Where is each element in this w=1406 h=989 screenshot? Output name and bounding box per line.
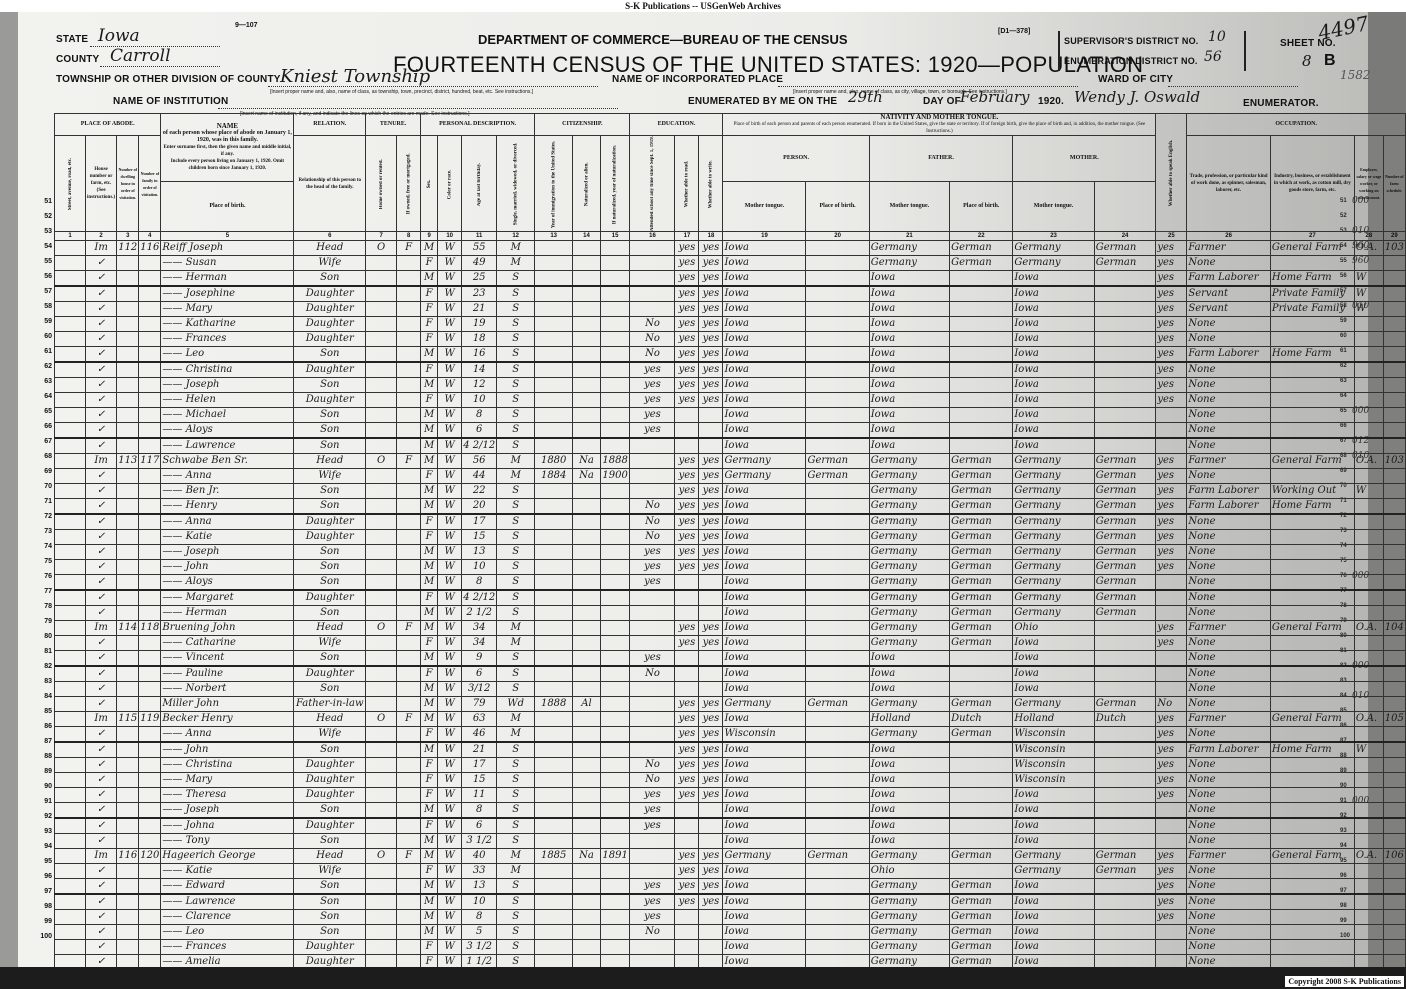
cell-family-number bbox=[139, 560, 161, 575]
cell-sch: yes bbox=[630, 362, 675, 378]
cell-farm bbox=[1383, 925, 1405, 940]
cell-sex: M bbox=[421, 910, 438, 925]
cell-age: 10 bbox=[462, 560, 497, 575]
cell-write: yes bbox=[699, 894, 723, 910]
cell-dwelling-number bbox=[117, 438, 139, 454]
cell-ms: S bbox=[497, 408, 535, 423]
cell-fmt: German bbox=[950, 530, 1013, 545]
cell-sex: F bbox=[421, 317, 438, 332]
cell-family-number bbox=[139, 803, 161, 819]
cell-ind: Private Family bbox=[1270, 286, 1354, 302]
cell-family-number bbox=[139, 256, 161, 271]
cell-occ: None bbox=[1187, 758, 1270, 773]
cell-imm bbox=[535, 894, 573, 910]
cell-dwelling-number bbox=[117, 560, 139, 575]
cell-house-mark: ✓ bbox=[86, 393, 117, 408]
cell-pob: Iowa bbox=[723, 393, 806, 408]
cell-name: —— Tony bbox=[161, 834, 294, 849]
cell-sex: F bbox=[421, 773, 438, 788]
cell-farm bbox=[1383, 803, 1405, 819]
column-number: 5 bbox=[161, 232, 294, 241]
cell-natyr bbox=[600, 286, 630, 302]
cell-read: yes bbox=[675, 332, 699, 347]
table-row: ✓—— TheresaDaughterFW11SyesyesyesIowaIow… bbox=[55, 788, 1406, 803]
cell-mort bbox=[397, 332, 421, 347]
cell-street bbox=[55, 514, 86, 530]
cell-natyr bbox=[600, 758, 630, 773]
cell-read bbox=[675, 408, 699, 423]
cell-name: —— Johna bbox=[161, 818, 294, 834]
cell-race: W bbox=[438, 317, 462, 332]
cell-imm bbox=[535, 682, 573, 697]
cell-mpob: Germany bbox=[1013, 545, 1094, 560]
cell-sch: yes bbox=[630, 408, 675, 423]
cell-fpob: Iowa bbox=[869, 682, 949, 697]
cell-name: —— Katie bbox=[161, 864, 294, 879]
col-19-header: Place of birth. bbox=[161, 182, 294, 232]
cell-pob: Iowa bbox=[723, 271, 806, 287]
cell-read: yes bbox=[675, 514, 699, 530]
cell-house-mark: ✓ bbox=[86, 469, 117, 484]
cell-ind bbox=[1270, 879, 1354, 895]
cell-eng: yes bbox=[1156, 727, 1187, 743]
cell-name: Schwabe Ben Sr. bbox=[161, 454, 294, 469]
cell-street bbox=[55, 894, 86, 910]
cell-street bbox=[55, 484, 86, 499]
cell-sch: yes bbox=[630, 894, 675, 910]
cell-write: yes bbox=[699, 241, 723, 256]
cell-farm bbox=[1383, 423, 1405, 439]
cell-fpob: Germany bbox=[869, 530, 949, 545]
cell-write bbox=[699, 423, 723, 439]
cell-nat bbox=[573, 499, 601, 515]
line-number: 91 bbox=[38, 798, 52, 805]
cell-age: 63 bbox=[462, 712, 497, 727]
cell-fmt bbox=[950, 332, 1013, 347]
cell-eng: yes bbox=[1156, 788, 1187, 803]
cell-race: W bbox=[438, 469, 462, 484]
cell-mmt: German bbox=[1094, 514, 1156, 530]
cell-nat bbox=[573, 530, 601, 545]
cell-dwelling-number bbox=[117, 378, 139, 393]
cell-read: yes bbox=[675, 317, 699, 332]
cell-eng bbox=[1156, 423, 1187, 439]
cell-emp bbox=[1354, 651, 1383, 667]
cell-ms: S bbox=[497, 560, 535, 575]
cell-mpob: Germany bbox=[1013, 560, 1094, 575]
cell-own bbox=[366, 302, 397, 317]
cell-read: yes bbox=[675, 256, 699, 271]
cell-emp bbox=[1354, 818, 1383, 834]
cell-rel: Son bbox=[294, 545, 366, 560]
cell-race: W bbox=[438, 499, 462, 515]
cell-ms: S bbox=[497, 742, 535, 758]
column-number: 10 bbox=[438, 232, 462, 241]
cell-emp: O.A. bbox=[1354, 621, 1383, 636]
cell-mt bbox=[806, 545, 869, 560]
cell-read: yes bbox=[675, 758, 699, 773]
cell-mmt bbox=[1094, 302, 1156, 317]
cell-mort bbox=[397, 666, 421, 682]
cell-fmt bbox=[950, 864, 1013, 879]
cell-fmt: German bbox=[950, 621, 1013, 636]
cell-rel: Son bbox=[294, 271, 366, 287]
cell-nat bbox=[573, 727, 601, 743]
cell-age: 10 bbox=[462, 894, 497, 910]
cell-fpob: Germany bbox=[869, 499, 949, 515]
cell-fmt: German bbox=[950, 499, 1013, 515]
cell-ms: M bbox=[497, 621, 535, 636]
cell-fmt bbox=[950, 423, 1013, 439]
cell-rel: Head bbox=[294, 849, 366, 864]
cell-sch: yes bbox=[630, 651, 675, 667]
cell-natyr bbox=[600, 697, 630, 712]
cell-race: W bbox=[438, 438, 462, 454]
cell-sex: F bbox=[421, 636, 438, 651]
cell-mort bbox=[397, 408, 421, 423]
cell-family-number bbox=[139, 317, 161, 332]
cell-name: —— Michael bbox=[161, 408, 294, 423]
table-row: ✓—— FrancesDaughterFW3 1/2SIowaGermanyGe… bbox=[55, 940, 1406, 955]
enumeration-district-label: ENUMERATION DISTRICT NO. bbox=[1064, 56, 1198, 66]
cell-emp bbox=[1354, 894, 1383, 910]
cell-nat bbox=[573, 818, 601, 834]
cell-farm bbox=[1383, 940, 1405, 955]
table-row: ✓—— JohnSonMW10SyesyesyesIowaGermanyGerm… bbox=[55, 560, 1406, 575]
cell-mort: F bbox=[397, 241, 421, 256]
cell-fmt bbox=[950, 271, 1013, 287]
column-number: 18 bbox=[699, 232, 723, 241]
cell-ms: S bbox=[497, 302, 535, 317]
cell-rel: Daughter bbox=[294, 788, 366, 803]
cell-rel: Daughter bbox=[294, 773, 366, 788]
cell-mmt: German bbox=[1094, 575, 1156, 591]
cell-own bbox=[366, 423, 397, 439]
cell-pob: Iowa bbox=[723, 347, 806, 363]
cell-name: —— Lawrence bbox=[161, 438, 294, 454]
cell-house-mark: ✓ bbox=[86, 530, 117, 545]
cell-race: W bbox=[438, 879, 462, 895]
cell-mt bbox=[806, 560, 869, 575]
cell-mort bbox=[397, 484, 421, 499]
cell-mort bbox=[397, 590, 421, 606]
cell-imm bbox=[535, 545, 573, 560]
line-number: 88 bbox=[38, 753, 52, 760]
cell-name: Bruening John bbox=[161, 621, 294, 636]
cell-fmt: German bbox=[950, 894, 1013, 910]
cell-age: 10 bbox=[462, 393, 497, 408]
cell-pob: Iowa bbox=[723, 438, 806, 454]
col-7-header: Home owned or rented. bbox=[366, 136, 397, 232]
cell-ind: Working Out bbox=[1270, 484, 1354, 499]
cell-ind bbox=[1270, 894, 1354, 910]
cell-imm bbox=[535, 408, 573, 423]
cell-fmt: German bbox=[950, 514, 1013, 530]
cell-emp bbox=[1354, 727, 1383, 743]
cell-write bbox=[699, 408, 723, 423]
cell-mpob: Wisconsin bbox=[1013, 727, 1094, 743]
cell-imm bbox=[535, 742, 573, 758]
table-row: ✓—— KatharineDaughterFW19SNoyesyesIowaIo… bbox=[55, 317, 1406, 332]
cell-fpob: Germany bbox=[869, 925, 949, 940]
cell-street bbox=[55, 651, 86, 667]
cell-farm bbox=[1383, 879, 1405, 895]
cell-race: W bbox=[438, 636, 462, 651]
cell-pob: Germany bbox=[723, 697, 806, 712]
cell-mmt bbox=[1094, 636, 1156, 651]
cell-read bbox=[675, 606, 699, 621]
cell-sch: yes bbox=[630, 575, 675, 591]
cell-sch: yes bbox=[630, 803, 675, 819]
cell-family-number bbox=[139, 575, 161, 591]
cell-eng: yes bbox=[1156, 910, 1187, 925]
cell-mt bbox=[806, 621, 869, 636]
cell-mpob: Germany bbox=[1013, 530, 1094, 545]
cell-write: yes bbox=[699, 636, 723, 651]
cell-eng: yes bbox=[1156, 286, 1187, 302]
cell-street bbox=[55, 408, 86, 423]
cell-nat bbox=[573, 271, 601, 287]
cell-farm bbox=[1383, 545, 1405, 560]
cell-mt bbox=[806, 317, 869, 332]
cell-mmt bbox=[1094, 773, 1156, 788]
cell-ind: Home Farm bbox=[1270, 499, 1354, 515]
township-label: TOWNSHIP OR OTHER DIVISION OF COUNTY bbox=[56, 74, 281, 85]
column-number: 20 bbox=[806, 232, 869, 241]
line-number: 74 bbox=[38, 543, 52, 550]
cell-ind bbox=[1270, 545, 1354, 560]
cell-emp bbox=[1354, 514, 1383, 530]
cell-write: yes bbox=[699, 469, 723, 484]
cell-emp bbox=[1354, 332, 1383, 347]
cell-pob: Iowa bbox=[723, 560, 806, 575]
cell-sex: M bbox=[421, 879, 438, 895]
cell-street bbox=[55, 818, 86, 834]
line-number: 70 bbox=[38, 483, 52, 490]
cell-ind bbox=[1270, 317, 1354, 332]
cell-nat bbox=[573, 241, 601, 256]
cell-sch bbox=[630, 286, 675, 302]
cell-fmt bbox=[950, 742, 1013, 758]
cell-race: W bbox=[438, 697, 462, 712]
line-number: 72 bbox=[38, 513, 52, 520]
cell-mort bbox=[397, 256, 421, 271]
cell-fpob: Iowa bbox=[869, 666, 949, 682]
cell-read bbox=[675, 940, 699, 955]
cell-mpob: Iowa bbox=[1013, 834, 1094, 849]
cell-mt bbox=[806, 758, 869, 773]
cell-ind bbox=[1270, 530, 1354, 545]
cell-fpob: Germany bbox=[869, 636, 949, 651]
cell-mt bbox=[806, 910, 869, 925]
cell-own bbox=[366, 742, 397, 758]
cell-ms: S bbox=[497, 530, 535, 545]
line-number: 84 bbox=[38, 693, 52, 700]
cell-nat bbox=[573, 438, 601, 454]
cell-nat bbox=[573, 773, 601, 788]
cell-rel: Head bbox=[294, 241, 366, 256]
cell-name: —— Susan bbox=[161, 256, 294, 271]
cell-own bbox=[366, 469, 397, 484]
cell-own bbox=[366, 864, 397, 879]
cell-age: 21 bbox=[462, 302, 497, 317]
cell-ind bbox=[1270, 727, 1354, 743]
cell-mmt bbox=[1094, 758, 1156, 773]
cell-mpob: Iowa bbox=[1013, 879, 1094, 895]
cell-emp bbox=[1354, 682, 1383, 697]
cell-nat bbox=[573, 332, 601, 347]
cell-mmt bbox=[1094, 834, 1156, 849]
cell-imm bbox=[535, 879, 573, 895]
cell-nat: Al bbox=[573, 697, 601, 712]
column-number-row: 1234567891011121314151617181920212223242… bbox=[55, 232, 1406, 241]
form-number: 9—107 bbox=[235, 22, 258, 29]
cell-write: yes bbox=[699, 727, 723, 743]
cell-house-mark: ✓ bbox=[86, 879, 117, 895]
cell-age: 56 bbox=[462, 454, 497, 469]
cell-nat: Na bbox=[573, 849, 601, 864]
cell-ind bbox=[1270, 438, 1354, 454]
cell-age: 8 bbox=[462, 803, 497, 819]
copyright-notice: Copyright 2008 S-K Publications bbox=[1285, 976, 1404, 987]
line-number: 90 bbox=[38, 783, 52, 790]
cell-read bbox=[675, 682, 699, 697]
cell-mort bbox=[397, 894, 421, 910]
cell-rel: Wife bbox=[294, 636, 366, 651]
cell-read: yes bbox=[675, 773, 699, 788]
cell-dwelling-number bbox=[117, 773, 139, 788]
cell-rel: Daughter bbox=[294, 332, 366, 347]
cell-natyr bbox=[600, 256, 630, 271]
cell-street bbox=[55, 910, 86, 925]
cell-emp bbox=[1354, 697, 1383, 712]
cell-fmt: German bbox=[950, 606, 1013, 621]
cell-dwelling-number bbox=[117, 818, 139, 834]
cell-emp bbox=[1354, 666, 1383, 682]
cell-ind bbox=[1270, 773, 1354, 788]
cell-sex: F bbox=[421, 788, 438, 803]
cell-imm bbox=[535, 241, 573, 256]
cell-write: yes bbox=[699, 545, 723, 560]
cell-pob: Iowa bbox=[723, 530, 806, 545]
cell-imm bbox=[535, 606, 573, 621]
cell-dwelling-number bbox=[117, 347, 139, 363]
cell-read: yes bbox=[675, 241, 699, 256]
cell-race: W bbox=[438, 788, 462, 803]
cell-sex: M bbox=[421, 606, 438, 621]
cell-mpob: Iowa bbox=[1013, 423, 1094, 439]
side-number: 1582 bbox=[1340, 68, 1371, 82]
cell-race: W bbox=[438, 484, 462, 499]
cell-pob: Iowa bbox=[723, 590, 806, 606]
cell-sex: M bbox=[421, 682, 438, 697]
cell-eng bbox=[1156, 682, 1187, 697]
line-number: 93 bbox=[38, 828, 52, 835]
col-22-header: Mother tongue. bbox=[869, 182, 949, 232]
cell-fpob: Germany bbox=[869, 621, 949, 636]
cell-street bbox=[55, 530, 86, 545]
line-number: 71 bbox=[38, 498, 52, 505]
cell-mort bbox=[397, 758, 421, 773]
day-of-label: DAY OF bbox=[923, 96, 961, 107]
cell-mmt bbox=[1094, 286, 1156, 302]
cell-natyr bbox=[600, 575, 630, 591]
cell-rel: Son bbox=[294, 803, 366, 819]
line-number: 66 bbox=[38, 423, 52, 430]
cell-read: yes bbox=[675, 864, 699, 879]
cell-pob: Iowa bbox=[723, 241, 806, 256]
table-row: ✓—— SusanWifeFW49MyesyesIowaGermanyGerma… bbox=[55, 256, 1406, 271]
cell-name: —— Margaret bbox=[161, 590, 294, 606]
cell-house-mark: ✓ bbox=[86, 925, 117, 940]
cell-rel: Daughter bbox=[294, 940, 366, 955]
cell-dwelling-number bbox=[117, 727, 139, 743]
line-number: 100 bbox=[38, 933, 52, 940]
cell-sex: F bbox=[421, 590, 438, 606]
cell-family-number bbox=[139, 666, 161, 682]
cell-fpob: Germany bbox=[869, 256, 949, 271]
cell-farm bbox=[1383, 362, 1405, 378]
cell-rel: Head bbox=[294, 454, 366, 469]
cell-age: 16 bbox=[462, 347, 497, 363]
cell-natyr bbox=[600, 651, 630, 667]
cell-family-number bbox=[139, 393, 161, 408]
cell-mort bbox=[397, 925, 421, 940]
cell-farm bbox=[1383, 773, 1405, 788]
cell-family-number: 116 bbox=[139, 241, 161, 256]
line-number: 79 bbox=[38, 618, 52, 625]
cell-mmt bbox=[1094, 438, 1156, 454]
cell-family-number bbox=[139, 651, 161, 667]
cell-mt bbox=[806, 651, 869, 667]
cell-farm: 103 bbox=[1383, 454, 1405, 469]
cell-rel: Daughter bbox=[294, 590, 366, 606]
cell-mort bbox=[397, 317, 421, 332]
cell-rel: Son bbox=[294, 925, 366, 940]
cell-fpob: Iowa bbox=[869, 818, 949, 834]
form-code: [D1—378] bbox=[998, 28, 1030, 35]
cell-farm bbox=[1383, 818, 1405, 834]
cell-eng bbox=[1156, 803, 1187, 819]
cell-imm bbox=[535, 256, 573, 271]
cell-pob: Iowa bbox=[723, 317, 806, 332]
cell-pob: Iowa bbox=[723, 651, 806, 667]
cell-imm: 1888 bbox=[535, 697, 573, 712]
cell-nat bbox=[573, 378, 601, 393]
cell-mt bbox=[806, 803, 869, 819]
cell-family-number bbox=[139, 484, 161, 499]
cell-imm bbox=[535, 393, 573, 408]
cell-write: yes bbox=[699, 256, 723, 271]
cell-race: W bbox=[438, 454, 462, 469]
cell-street bbox=[55, 560, 86, 575]
cell-mort bbox=[397, 727, 421, 743]
cell-imm bbox=[535, 925, 573, 940]
cell-mpob: Iowa bbox=[1013, 408, 1094, 423]
cell-pob: Germany bbox=[723, 454, 806, 469]
cell-race: W bbox=[438, 864, 462, 879]
cell-street bbox=[55, 378, 86, 393]
table-row: Im116120Hageerich GeorgeHeadOFMW40M1885N… bbox=[55, 849, 1406, 864]
cell-house-mark: ✓ bbox=[86, 347, 117, 363]
cell-sch bbox=[630, 742, 675, 758]
cell-imm bbox=[535, 499, 573, 515]
cell-farm bbox=[1383, 682, 1405, 697]
cell-nat bbox=[573, 393, 601, 408]
cell-mmt bbox=[1094, 910, 1156, 925]
cell-farm bbox=[1383, 560, 1405, 575]
cell-ind: Home Farm bbox=[1270, 271, 1354, 287]
